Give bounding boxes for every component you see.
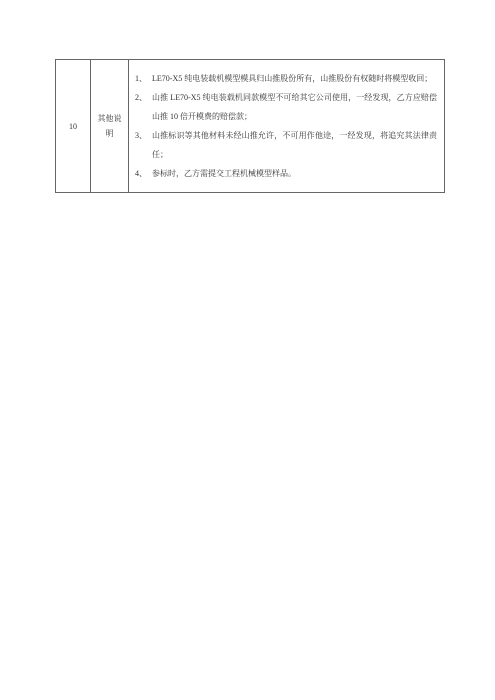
document-page: 10 其他说明 1、 LE70-X5 纯电装载机模型模具归山推股份所有，山推股份… bbox=[0, 0, 495, 700]
list-item-number: 4、 bbox=[135, 164, 152, 183]
list-item-text: 参标时，乙方需提交工程机械模型样品。 bbox=[152, 164, 437, 183]
row-content-cell: 1、 LE70-X5 纯电装载机模型模具归山推股份所有，山推股份有权随时将模型收… bbox=[129, 60, 445, 193]
list-item-text: LE70-X5 纯电装载机模型模具归山推股份所有，山推股份有权随时将模型收回； bbox=[152, 69, 437, 88]
list-item-number: 1、 bbox=[135, 69, 152, 88]
row-label-cell: 其他说明 bbox=[91, 60, 129, 193]
list-item-text: 山推 LE70-X5 纯电装载机同款模型不可给其它公司使用，一经发现，乙方应赔偿… bbox=[152, 88, 437, 126]
other-notes-table: 10 其他说明 1、 LE70-X5 纯电装载机模型模具归山推股份所有，山推股份… bbox=[55, 59, 445, 193]
list-item: 3、 山推标识等其他材料未经山推允许，不可用作他途，一经发现，将追究其法律责任； bbox=[135, 126, 437, 164]
list-item: 1、 LE70-X5 纯电装载机模型模具归山推股份所有，山推股份有权随时将模型收… bbox=[135, 69, 437, 88]
list-item: 4、 参标时，乙方需提交工程机械模型样品。 bbox=[135, 164, 437, 183]
list-item-text: 山推标识等其他材料未经山推允许，不可用作他途，一经发现，将追究其法律责任； bbox=[152, 126, 437, 164]
list-item: 2、 山推 LE70-X5 纯电装载机同款模型不可给其它公司使用，一经发现，乙方… bbox=[135, 88, 437, 126]
table-row: 10 其他说明 1、 LE70-X5 纯电装载机模型模具归山推股份所有，山推股份… bbox=[56, 60, 445, 193]
row-number-cell: 10 bbox=[56, 60, 91, 193]
list-item-number: 3、 bbox=[135, 126, 152, 164]
list-item-number: 2、 bbox=[135, 88, 152, 126]
